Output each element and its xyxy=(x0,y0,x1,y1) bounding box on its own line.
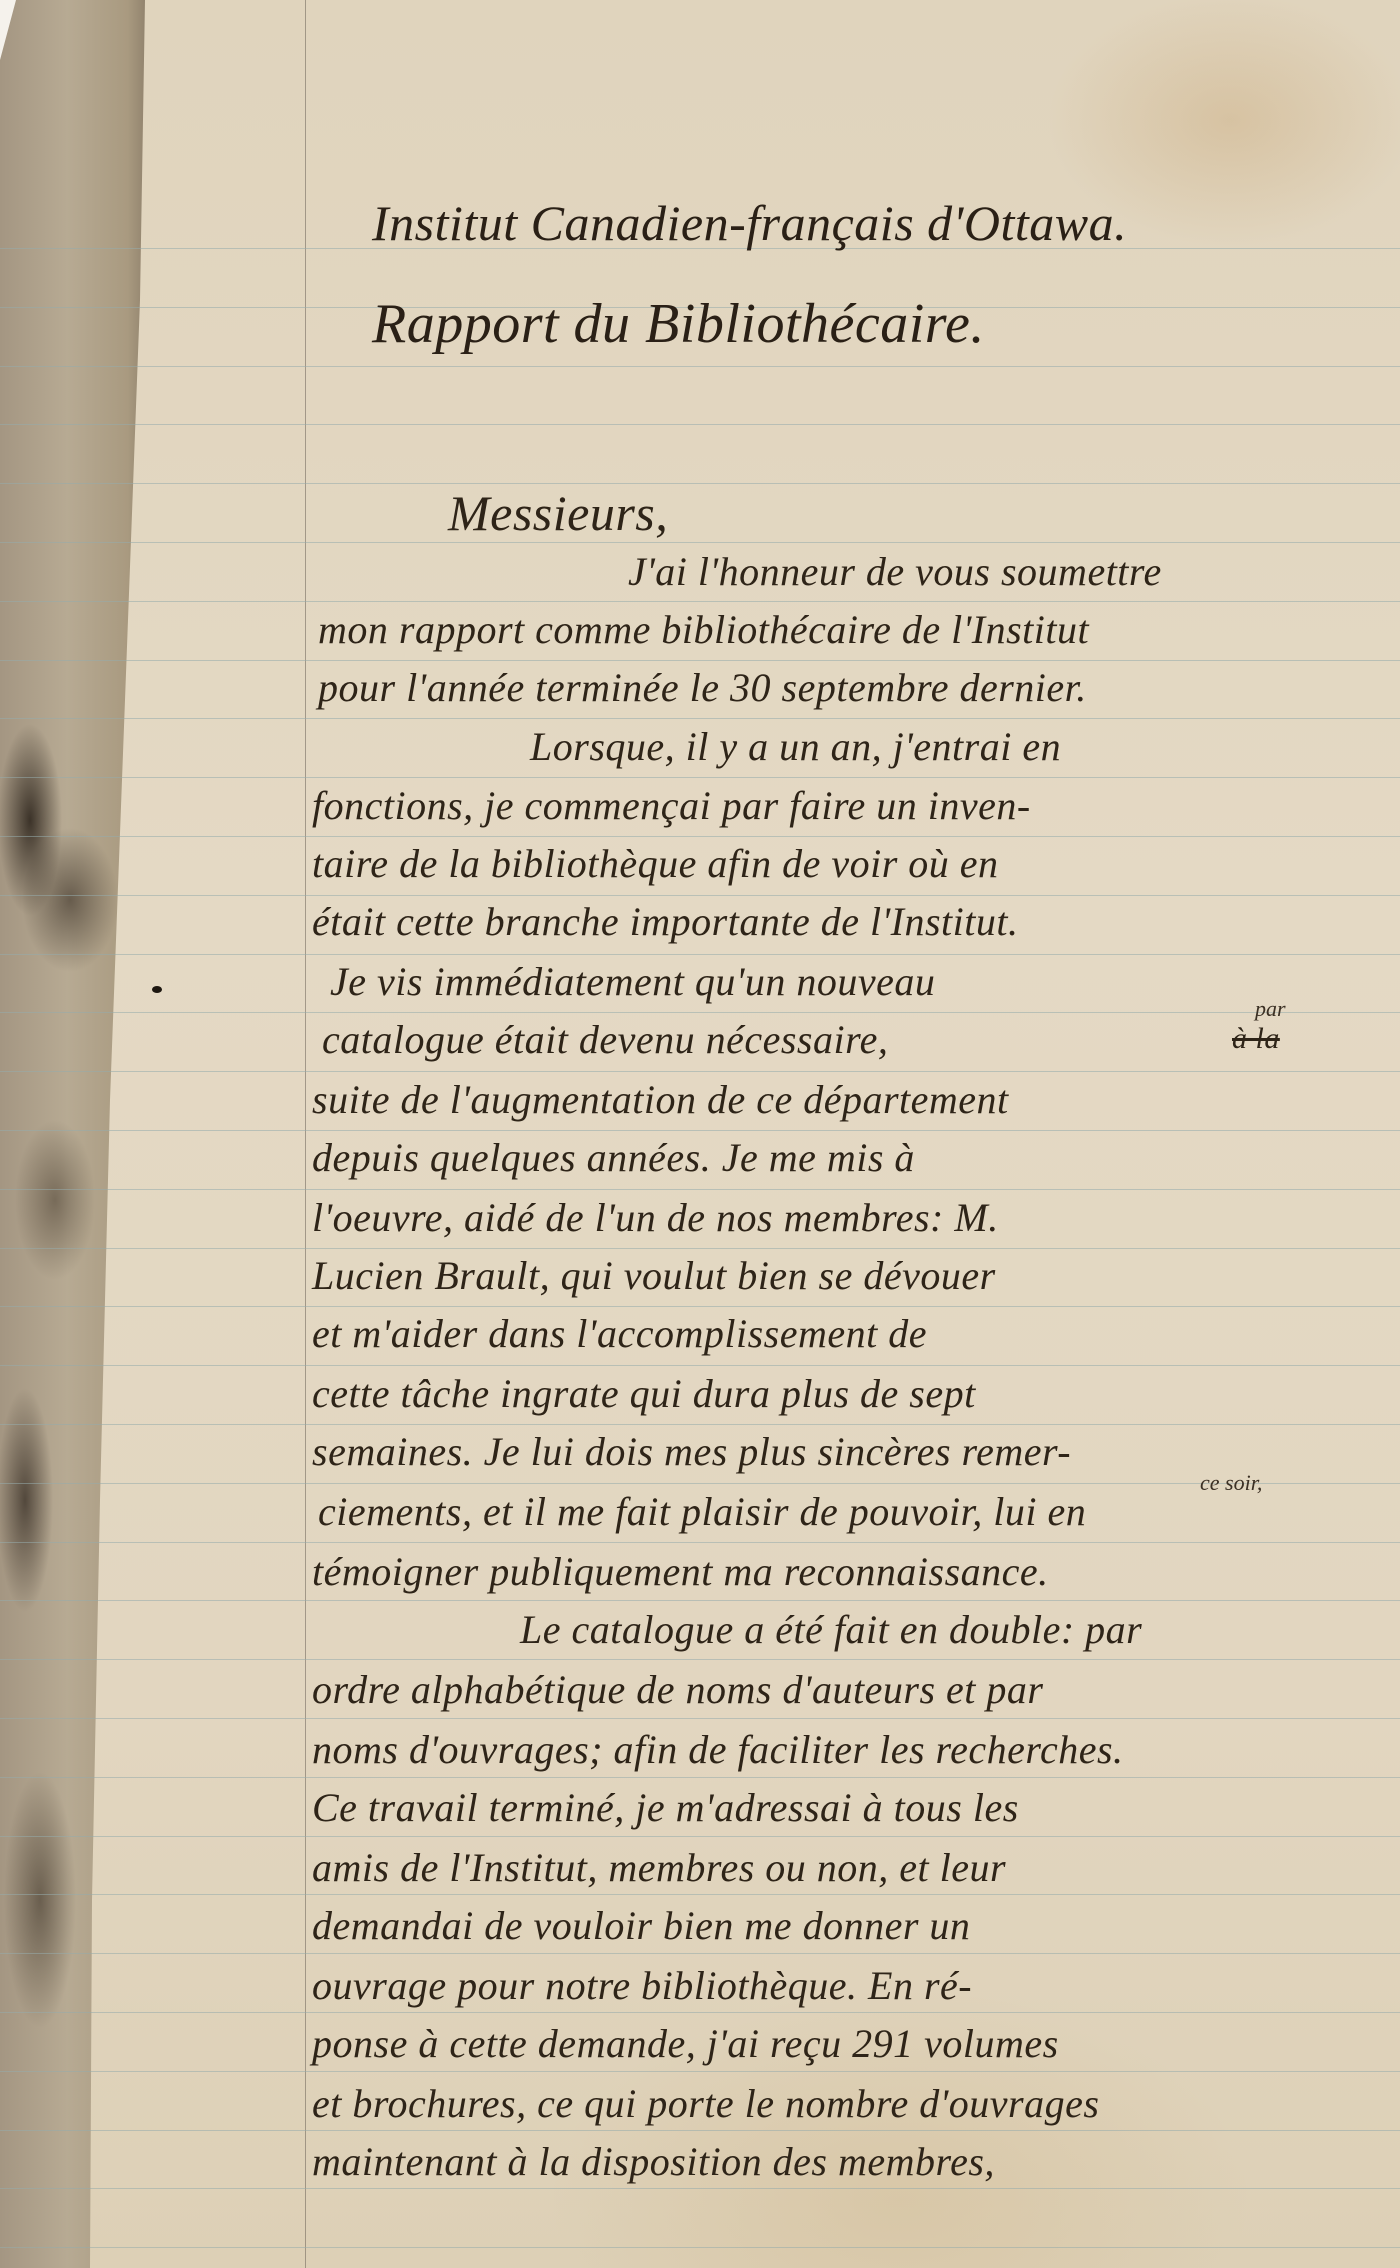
body-line: ciements, et il me fait plaisir de pouvo… xyxy=(318,1492,1086,1532)
ruled-line xyxy=(0,2188,1400,2189)
body-line: demandai de vouloir bien me donner un xyxy=(312,1906,970,1946)
body-line: cette tâche ingrate qui dura plus de sep… xyxy=(312,1374,976,1414)
ruled-line xyxy=(0,1071,1400,1072)
body-line: ouvrage pour notre bibliothèque. En ré- xyxy=(312,1966,972,2006)
body-line: fonctions, je commençai par faire un inv… xyxy=(312,786,1031,826)
body-line: était cette branche importante de l'Inst… xyxy=(312,902,1018,942)
ruled-line xyxy=(0,601,1400,602)
ruled-line xyxy=(0,1365,1400,1366)
body-line: pour l'année terminée le 30 septembre de… xyxy=(318,668,1087,708)
heading-rapport: Rapport du Bibliothécaire. xyxy=(372,296,985,352)
ruled-line xyxy=(0,1306,1400,1307)
ruled-line xyxy=(0,1189,1400,1190)
heading-institut: Institut Canadien-français d'Ottawa. xyxy=(372,198,1127,248)
ruled-line xyxy=(0,1894,1400,1895)
ruled-line xyxy=(0,366,1400,367)
ruled-line xyxy=(0,1659,1400,1660)
inserted-correction: par xyxy=(1255,996,1286,1022)
stained-left-edge xyxy=(0,0,150,2268)
ruled-line xyxy=(0,1600,1400,1601)
body-line: suite de l'augmentation de ce départemen… xyxy=(312,1080,1009,1120)
body-line: catalogue était devenu nécessaire, xyxy=(322,1020,888,1060)
ruled-line xyxy=(0,777,1400,778)
body-line: Le catalogue a été fait en double: par xyxy=(520,1610,1142,1650)
body-line: Ce travail terminé, je m'adressai à tous… xyxy=(312,1788,1019,1828)
body-line: amis de l'Institut, membres ou non, et l… xyxy=(312,1848,1006,1888)
ruled-line xyxy=(0,2071,1400,2072)
body-line: depuis quelques années. Je me mis à xyxy=(312,1138,915,1178)
ruled-line xyxy=(0,1718,1400,1719)
body-line: semaines. Je lui dois mes plus sincères … xyxy=(312,1432,1071,1472)
struck-correction: à la xyxy=(1232,1024,1280,1054)
salutation: Messieurs, xyxy=(448,488,668,538)
ruled-line xyxy=(0,1836,1400,1837)
body-line: Lorsque, il y a un an, j'entrai en xyxy=(530,727,1061,767)
ruled-line xyxy=(0,1012,1400,1013)
body-line: ponse à cette demande, j'ai reçu 291 vol… xyxy=(312,2024,1059,2064)
body-line: l'oeuvre, aidé de l'un de nos membres: M… xyxy=(312,1198,999,1238)
body-line: et brochures, ce qui porte le nombre d'o… xyxy=(312,2084,1099,2124)
inserted-ce-soir: ce soir, xyxy=(1200,1470,1262,1496)
ruled-line xyxy=(0,1248,1400,1249)
ruled-line xyxy=(0,2247,1400,2248)
ruled-line xyxy=(0,1424,1400,1425)
ruled-line xyxy=(0,954,1400,955)
body-line: J'ai l'honneur de vous soumettre xyxy=(628,552,1162,592)
ink-blot xyxy=(152,986,162,993)
body-line: et m'aider dans l'accomplissement de xyxy=(312,1314,927,1354)
manuscript-page: Institut Canadien-français d'Ottawa. Rap… xyxy=(0,0,1400,2268)
ruled-line xyxy=(0,424,1400,425)
ruled-line xyxy=(0,1130,1400,1131)
ruled-line xyxy=(0,660,1400,661)
ruled-line xyxy=(0,895,1400,896)
body-line: Je vis immédiatement qu'un nouveau xyxy=(330,962,935,1002)
ruled-line xyxy=(0,542,1400,543)
ruled-line xyxy=(0,1953,1400,1954)
body-line: mon rapport comme bibliothécaire de l'In… xyxy=(318,610,1089,650)
ruled-line xyxy=(0,1542,1400,1543)
margin-rule xyxy=(305,0,306,2268)
body-line: taire de la bibliothèque afin de voir où… xyxy=(312,844,999,884)
body-line: maintenant à la disposition des membres, xyxy=(312,2142,995,2182)
body-line: ordre alphabétique de noms d'auteurs et … xyxy=(312,1670,1043,1710)
ruled-line xyxy=(0,2012,1400,2013)
ruled-line xyxy=(0,1483,1400,1484)
body-line: témoigner publiquement ma reconnaissance… xyxy=(312,1552,1049,1592)
ruled-line xyxy=(0,483,1400,484)
body-line: Lucien Brault, qui voulut bien se dévoue… xyxy=(312,1256,996,1296)
ruled-line xyxy=(0,1777,1400,1778)
ruled-line xyxy=(0,718,1400,719)
ruled-line xyxy=(0,836,1400,837)
body-line: noms d'ouvrages; afin de faciliter les r… xyxy=(312,1730,1124,1770)
ruled-line xyxy=(0,2130,1400,2131)
